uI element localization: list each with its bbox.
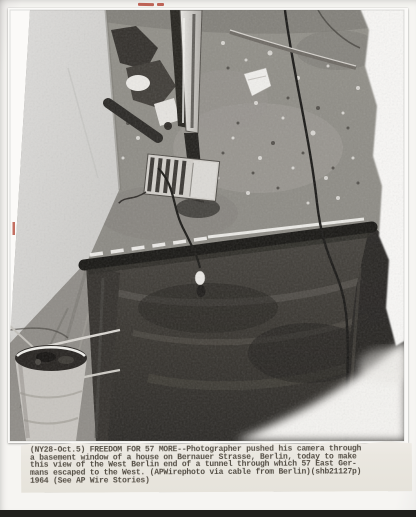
scanned-press-photo: (NY28-Oct.5) FREEDOM FOR 57 MORE--Photog… xyxy=(0,0,416,517)
red-crayon-mark xyxy=(138,3,154,6)
photograph xyxy=(8,8,408,443)
red-crayon-mark xyxy=(13,222,16,235)
wirephoto-caption-strip: (NY28-Oct.5) FREEDOM FOR 57 MORE--Photog… xyxy=(21,440,412,493)
photo-artwork xyxy=(8,8,408,443)
red-crayon-mark xyxy=(157,3,164,6)
caption-line: 1964 (See AP Wire Stories) xyxy=(30,476,412,485)
